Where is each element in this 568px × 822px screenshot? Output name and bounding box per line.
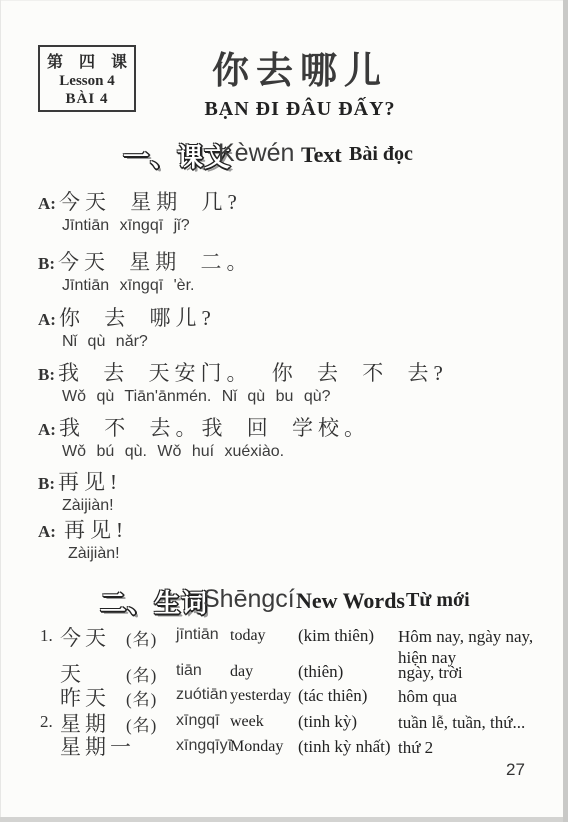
vocab-pinyin: tiān <box>176 662 202 680</box>
lesson-label-chinese: 第 四 课 <box>41 49 133 72</box>
vocab-part-of-speech: (名) <box>126 625 157 650</box>
dialogue-line: B: 我 去 天安门。 你 去 不 去? Wǒ qù Tiān'ānmén. N… <box>38 357 448 406</box>
lesson-label-vietnamese: BÀI 4 <box>66 91 109 108</box>
lesson-number-box: 第 四 课 Lesson 4 BÀI 4 <box>38 45 136 112</box>
dialogue-hanzi: 你 去 哪儿? <box>59 302 216 332</box>
vocab-part-of-speech: (名) <box>126 661 157 686</box>
vocab-english: day <box>230 663 253 681</box>
vocab-sino-vietnamese: (kim thiên) <box>298 626 374 646</box>
section1-heading-chinese: 一、课文 <box>123 137 231 174</box>
vocab-number: 2. <box>40 712 53 732</box>
vocab-pinyin: xīngqī <box>176 712 220 730</box>
dialogue-hanzi: 我 去 天安门。 你 去 不 去? <box>58 357 448 387</box>
section1-heading-english: Text <box>301 142 342 168</box>
dialogue-line: B: 今天 星期 二。 Jīntiān xīngqī 'èr. <box>38 246 253 295</box>
lesson-title-chinese: 你去哪儿 <box>140 40 460 94</box>
textbook-page: 第 四 课 Lesson 4 BÀI 4 你去哪儿 BẠN ĐI ĐÂU ĐẤY… <box>0 0 568 822</box>
vocab-english: yesterday <box>230 687 291 705</box>
section2-heading-chinese: 二、生词 <box>100 583 208 620</box>
section1-heading-pinyin: Kèwén <box>218 139 294 168</box>
vocab-english: week <box>230 713 264 731</box>
vocab-sino-vietnamese: (tác thiên) <box>298 686 367 706</box>
lesson-title-vietnamese: BẠN ĐI ĐÂU ĐẤY? <box>140 98 460 121</box>
speaker-label: B: <box>38 365 55 385</box>
speaker-label: A: <box>38 194 56 214</box>
speaker-label: A: <box>38 310 56 330</box>
vocab-vietnamese: thứ 2 <box>398 737 556 758</box>
vocab-sino-vietnamese: (tinh kỳ nhất) <box>298 737 391 757</box>
vocab-sino-vietnamese: (thiên) <box>298 662 343 682</box>
vocab-vietnamese: ngày, trời <box>398 662 556 683</box>
speaker-label: A: <box>38 522 56 542</box>
vocab-vietnamese: tuần lễ, tuần, thứ... <box>398 712 556 733</box>
dialogue-pinyin: Zàijiàn! <box>38 545 128 563</box>
vocab-vietnamese: hôm qua <box>398 686 556 707</box>
section2-heading-vietnamese: Từ mới <box>406 589 470 612</box>
dialogue-line: A: 再见! Zàijiàn! <box>38 514 128 563</box>
dialogue-pinyin: Jīntiān xīngqī 'èr. <box>38 277 253 295</box>
dialogue-hanzi: 再见! <box>64 514 128 544</box>
lesson-label-english: Lesson 4 <box>59 73 114 90</box>
dialogue-pinyin: Jīntiān xīngqī jǐ? <box>38 217 242 235</box>
dialogue-hanzi: 今天 星期 二。 <box>58 246 253 276</box>
section2-heading-english: New Words <box>296 588 405 614</box>
lesson-title: 你去哪儿 BẠN ĐI ĐÂU ĐẤY? <box>140 40 460 121</box>
section1-heading-vietnamese: Bài đọc <box>349 143 413 166</box>
vocab-part-of-speech: (名) <box>126 685 157 710</box>
vocab-hanzi: 星期一 <box>60 731 135 761</box>
vocab-pinyin: jīntiān <box>176 626 219 644</box>
vocab-english: Monday <box>230 738 283 756</box>
dialogue-hanzi: 我 不 去。我 回 学校。 <box>59 412 370 442</box>
dialogue-line: A: 今天 星期 几? Jīntiān xīngqī jǐ? <box>38 186 242 235</box>
dialogue-line: A: 你 去 哪儿? Nǐ qù nǎr? <box>38 302 216 351</box>
speaker-label: B: <box>38 474 55 494</box>
dialogue-hanzi: 再见! <box>58 466 122 496</box>
dialogue-line: A: 我 不 去。我 回 学校。 Wǒ bú qù. Wǒ huí xuéxià… <box>38 412 370 461</box>
vocab-english: today <box>230 627 266 645</box>
section2-heading-pinyin: Shēngcí <box>203 585 295 614</box>
speaker-label: B: <box>38 254 55 274</box>
dialogue-pinyin: Nǐ qù nǎr? <box>38 333 216 351</box>
dialogue-line: B: 再见! Zàijiàn! <box>38 466 122 515</box>
vocab-hanzi: 今天 <box>60 622 110 652</box>
dialogue-pinyin: Wǒ bú qù. Wǒ huí xuéxiào. <box>38 443 370 461</box>
vocab-pinyin: zuótiān <box>176 686 228 704</box>
vocab-pinyin: xīngqīyī <box>176 737 232 755</box>
vocab-sino-vietnamese: (tinh kỳ) <box>298 712 357 732</box>
page-number: 27 <box>506 760 525 780</box>
dialogue-pinyin: Wǒ qù Tiān'ānmén. Nǐ qù bu qù? <box>38 388 448 406</box>
speaker-label: A: <box>38 420 56 440</box>
dialogue-pinyin: Zàijiàn! <box>38 497 122 515</box>
vocab-number: 1. <box>40 626 53 646</box>
dialogue-hanzi: 今天 星期 几? <box>59 186 242 216</box>
